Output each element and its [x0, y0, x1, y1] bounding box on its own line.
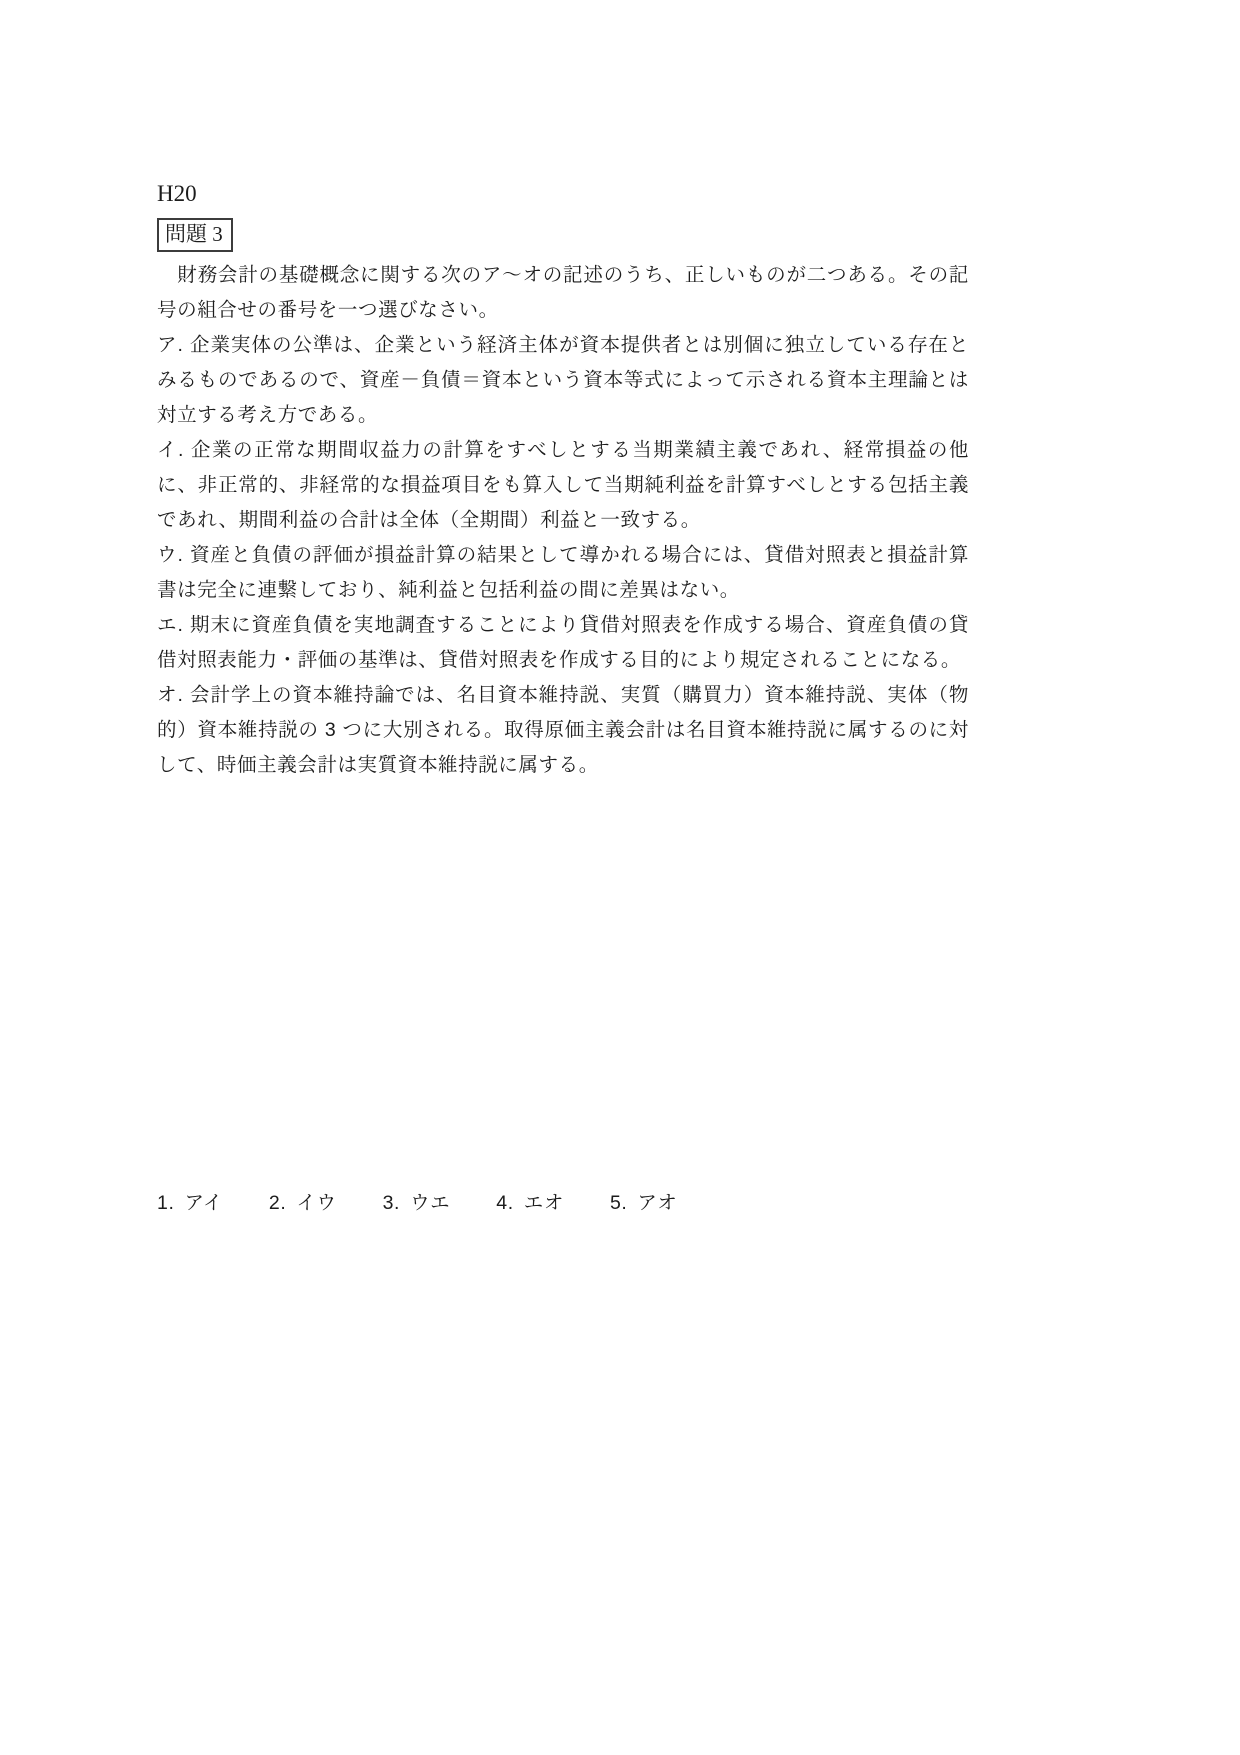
statement-e: エ. 期末に資産負債を実地調査することにより貸借対照表を作成する場合、資産負債の…: [157, 608, 969, 678]
answer-choices: 1.アイ 2.イウ 3.ウエ 4.エオ 5.アオ: [157, 1188, 723, 1218]
choice-4-label: エオ: [524, 1192, 564, 1214]
choice-5-label: アオ: [637, 1192, 677, 1214]
choice-2: 2.イウ: [269, 1188, 337, 1218]
document-page: H20 問題 3 財務会計の基礎概念に関する次のア～オの記述のうち、正しいものが…: [0, 0, 1240, 1755]
choice-5: 5.アオ: [610, 1188, 677, 1218]
choice-1-label: アイ: [184, 1192, 222, 1214]
choice-2-number: 2.: [269, 1192, 286, 1214]
statement-i: イ. 企業の正常な期間収益力の計算をすべしとする当期業績主義であれ、経常損益の他…: [157, 433, 969, 538]
question-intro: 財務会計の基礎概念に関する次のア～オの記述のうち、正しいものが二つある。その記号…: [157, 258, 969, 328]
choice-3-number: 3.: [383, 1192, 400, 1214]
question-number-box: 問題 3: [157, 218, 233, 252]
choice-1: 1.アイ: [157, 1188, 223, 1218]
statement-o: オ. 会計学上の資本維持論では、名目資本維持説、実質（購買力）資本維持説、実体（…: [157, 678, 969, 783]
choice-1-number: 1.: [157, 1192, 174, 1214]
year-label: H20: [157, 180, 969, 208]
statement-a: ア. 企業実体の公準は、企業という経済主体が資本提供者とは別個に独立している存在…: [157, 328, 969, 433]
choice-2-label: イウ: [296, 1192, 336, 1214]
choice-4: 4.エオ: [496, 1188, 564, 1218]
choice-5-number: 5.: [610, 1192, 627, 1214]
question-content: H20 問題 3 財務会計の基礎概念に関する次のア～オの記述のうち、正しいものが…: [157, 180, 969, 783]
choice-3: 3.ウエ: [383, 1188, 451, 1218]
statement-u: ウ. 資産と負債の評価が損益計算の結果として導かれる場合には、貸借対照表と損益計…: [157, 538, 969, 608]
choice-4-number: 4.: [496, 1192, 513, 1214]
choice-3-label: ウエ: [410, 1192, 450, 1214]
